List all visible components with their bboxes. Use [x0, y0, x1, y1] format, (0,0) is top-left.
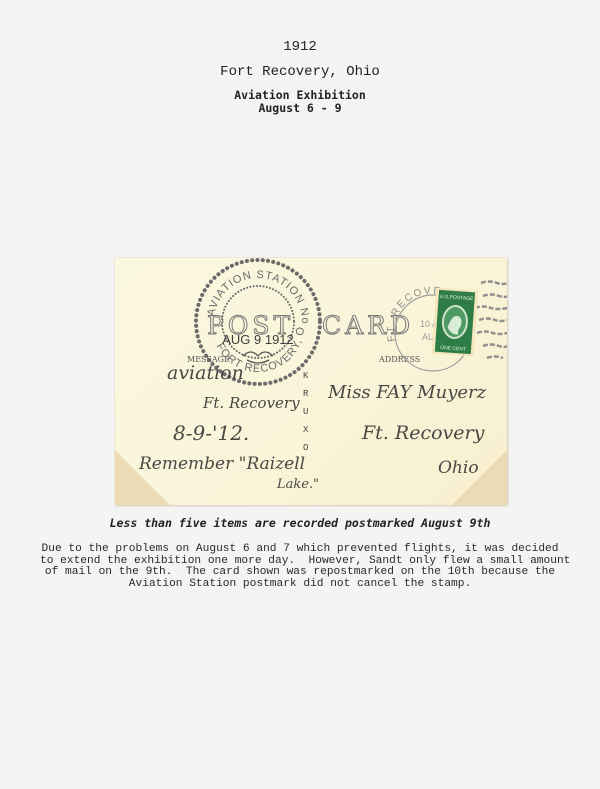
svg-text:8-9-'12.: 8-9-'12. — [173, 421, 249, 445]
note-line: Aviation Station postmark did not cancel… — [40, 579, 560, 591]
svg-text:Ohio: Ohio — [438, 458, 479, 478]
svg-text:Ft. Recovery: Ft. Recovery — [202, 394, 300, 412]
svg-text:Lake.": Lake." — [276, 477, 319, 492]
stamp: U.S.POSTAGE ONE CENT — [432, 288, 479, 357]
svg-text:Ft. Recovery: Ft. Recovery — [361, 422, 485, 444]
description-text: Due to the problems on August 6 and 7 wh… — [40, 544, 560, 590]
svg-text:U: U — [303, 407, 308, 417]
postcard-image: AVIATION STATION No. 1. FORT RECOVERY, O… — [115, 258, 507, 505]
svg-text:AUG 9 1912: AUG 9 1912 — [222, 332, 294, 347]
svg-text:X: X — [303, 425, 309, 435]
event-dates: August 6 - 9 — [0, 102, 600, 115]
event-subtitle: Aviation Exhibition August 6 - 9 — [0, 89, 600, 115]
svg-text:ADDRESS: ADDRESS — [378, 355, 420, 364]
svg-text:R: R — [303, 389, 309, 399]
postcard-drawing: AVIATION STATION No. 1. FORT RECOVERY, O… — [115, 258, 507, 505]
svg-text:K: K — [303, 371, 309, 381]
page-year: 1912 — [0, 39, 600, 55]
figure-caption: Less than five items are recorded postma… — [0, 516, 600, 530]
page-title: Fort Recovery, Ohio — [0, 64, 600, 80]
note-line: Due to the problems on August 6 and 7 wh… — [40, 544, 560, 556]
handwritten-address: Miss FAY Muyerz Ft. Recovery Ohio — [327, 382, 487, 478]
handwritten-message: aviation Ft. Recovery 8-9-'12. Remember … — [138, 362, 319, 492]
svg-text:Remember "Raizell: Remember "Raizell — [138, 454, 305, 474]
svg-text:Miss FAY Muyerz: Miss FAY Muyerz — [327, 382, 487, 403]
svg-text:O: O — [303, 443, 308, 453]
svg-text:aviation: aviation — [167, 362, 244, 384]
